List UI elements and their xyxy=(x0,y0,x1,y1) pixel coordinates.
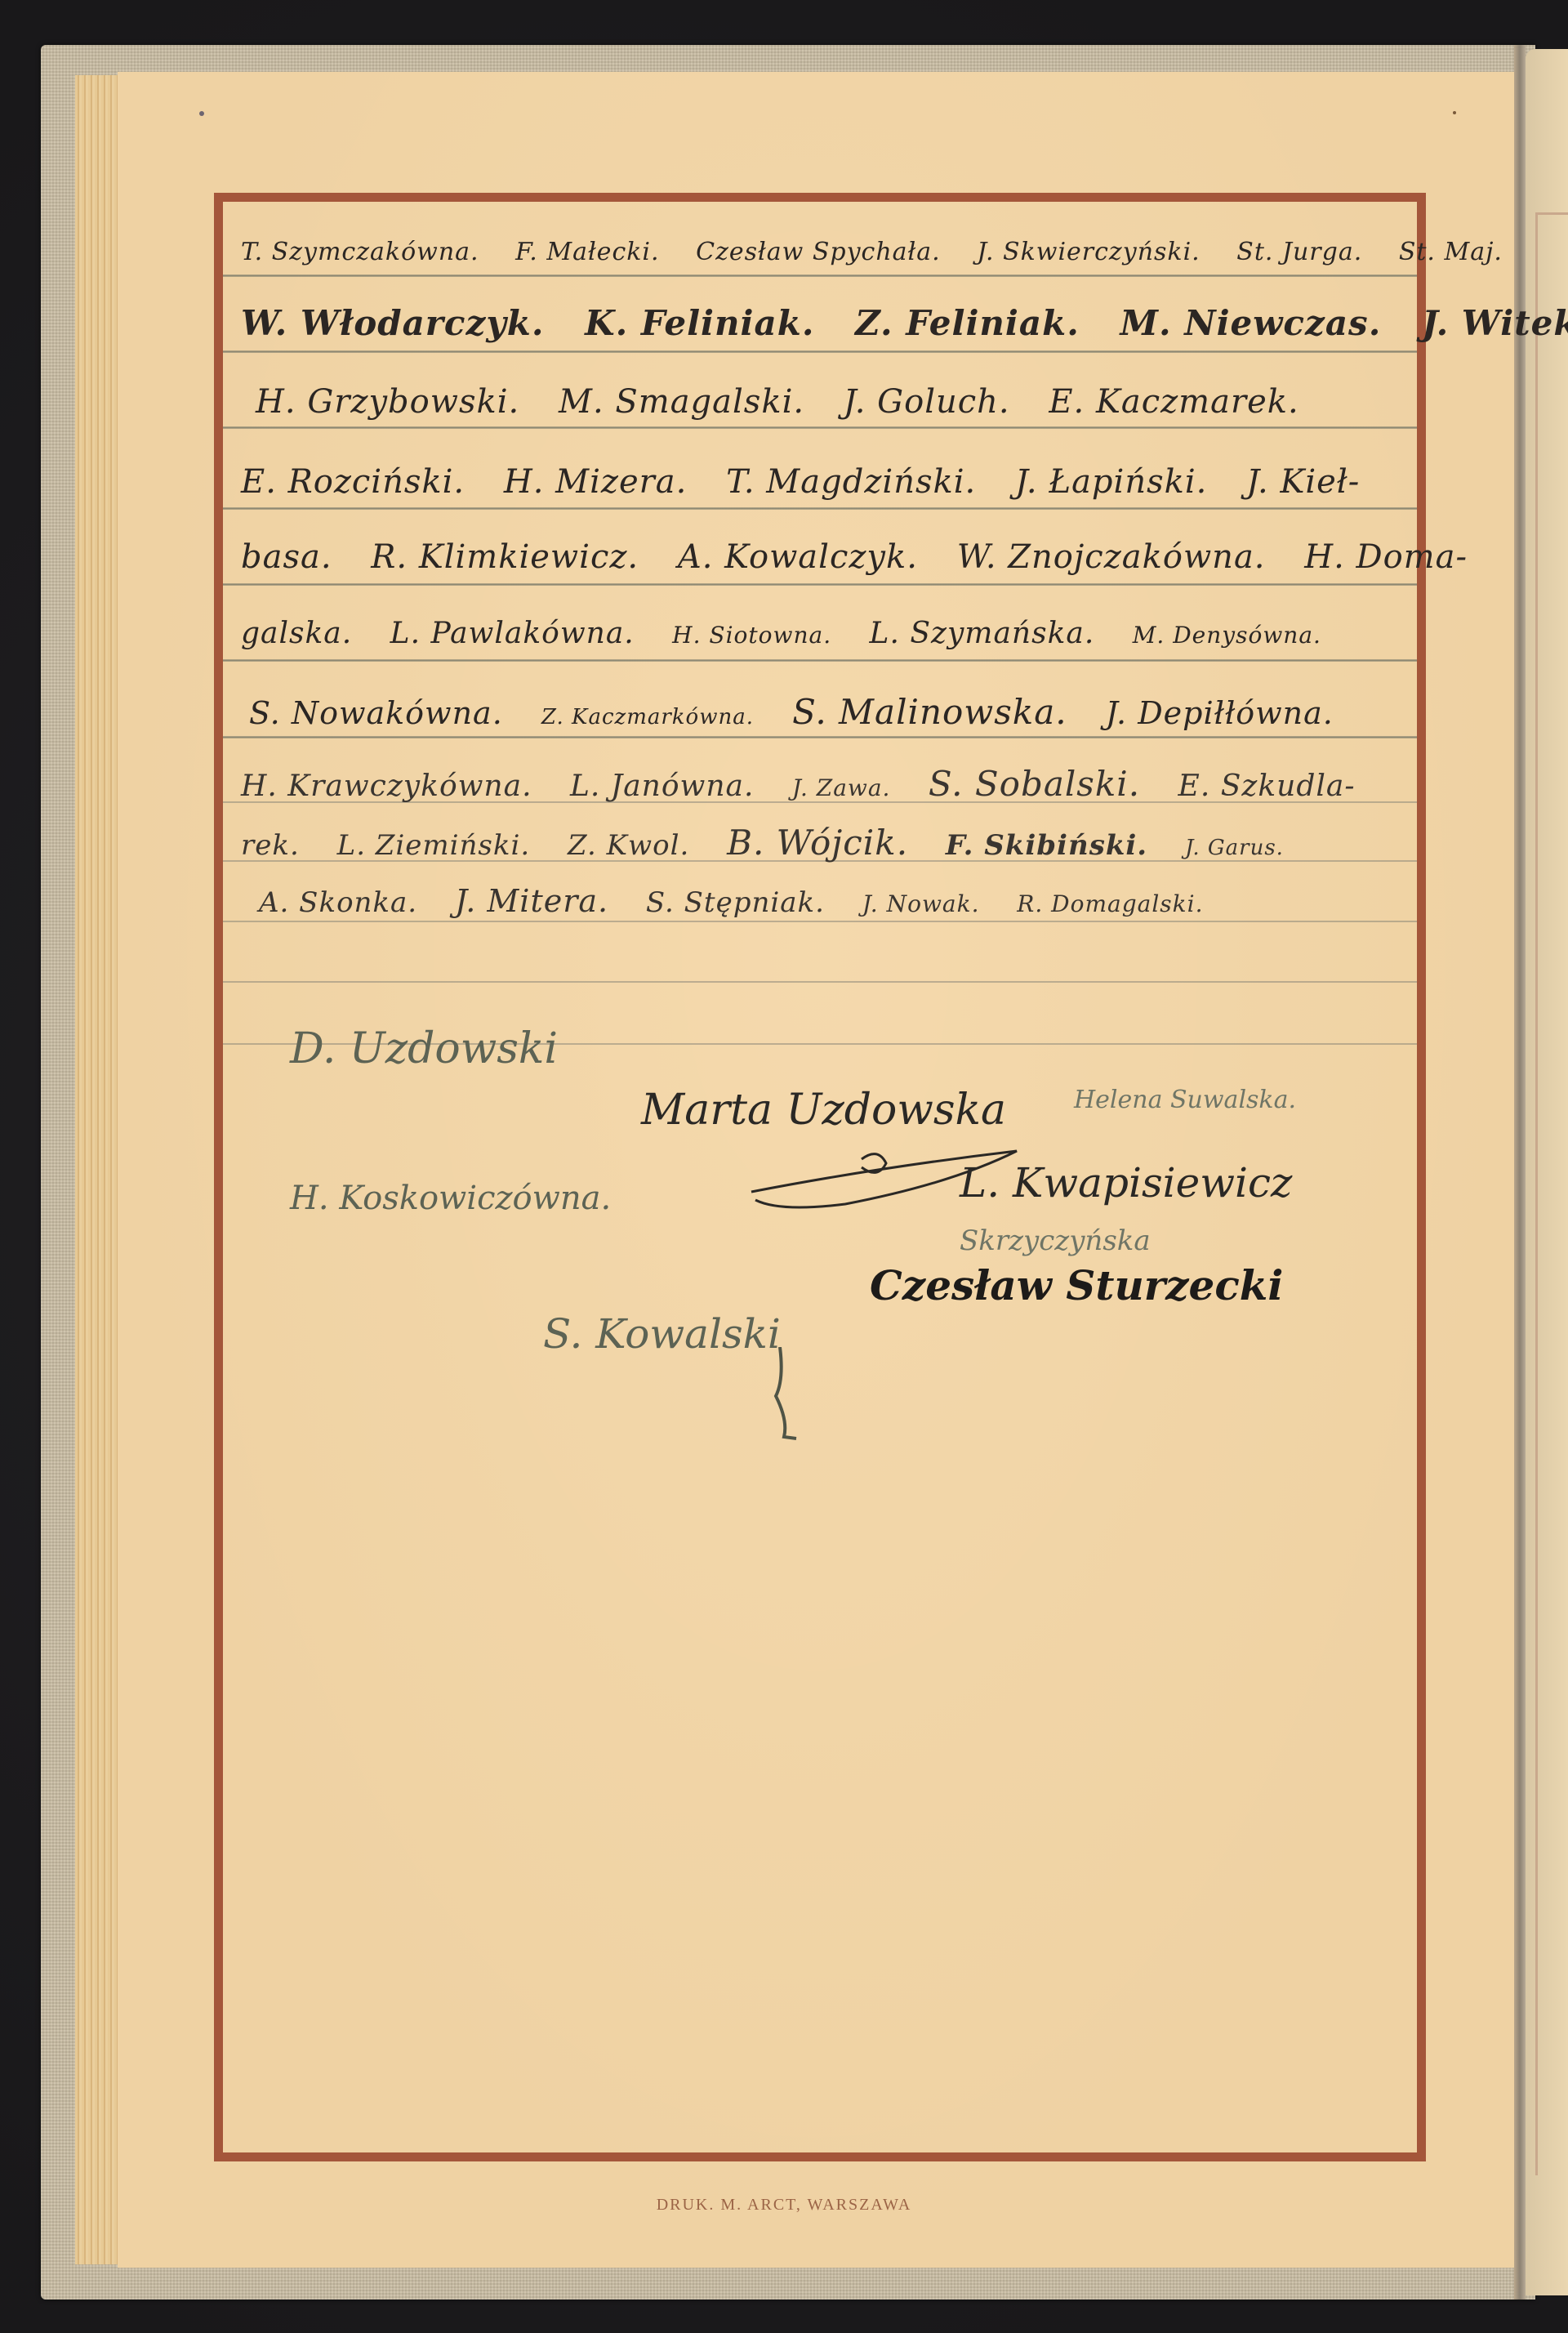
signature: Helena Suwalska. xyxy=(1074,1086,1296,1114)
name-entry: Z. Kaczmarkówna. xyxy=(541,705,754,729)
name-entry: M. Niewczas. xyxy=(1120,303,1381,343)
name-entry: J. Depiłłówna. xyxy=(1106,695,1334,731)
name-entry: J. Skwierczyński. xyxy=(977,238,1200,266)
signature: H. Koskowiczówna. xyxy=(290,1180,611,1217)
name-entry: J. Witek. xyxy=(1422,303,1568,343)
name-entry: J. Garus. xyxy=(1185,836,1284,860)
ruled-line xyxy=(223,274,1417,277)
name-entry: E. Kaczmarek. xyxy=(1049,383,1298,421)
next-page-frame-sliver xyxy=(1535,212,1568,2175)
ink-speck xyxy=(199,111,204,116)
ink-speck xyxy=(1453,111,1456,114)
name-entry: S. Stępniak. xyxy=(646,886,825,919)
name-entry: J. Łapiński. xyxy=(1015,463,1207,501)
name-entry: E. Rozciński. xyxy=(241,463,465,501)
signature: S. Kowalski xyxy=(543,1310,781,1358)
page-block-edges xyxy=(75,75,118,2264)
name-entry: L. Szymańska. xyxy=(870,617,1095,650)
book-scan: T. Szymczakówna. F. Małecki. Czesław Spy… xyxy=(0,0,1568,2333)
name-entry: Z. Kwol. xyxy=(568,829,689,862)
name-entry: S. Sobalski. xyxy=(929,764,1140,804)
signature: Czesław Sturzecki xyxy=(870,1261,1283,1309)
entry-line-5: basa. R. Klimkiewicz. A. Kowalczyk. W. Z… xyxy=(241,538,1399,576)
printer-imprint: DRUK. M. ARCT, WARSZAWA xyxy=(0,2196,1568,2215)
ruled-line xyxy=(223,507,1417,510)
entry-line-10: A. Skonka. J. Mitera. S. Stępniak. J. No… xyxy=(259,883,1399,919)
name-entry: H. Krawczykówna. xyxy=(241,769,532,803)
name-entry: J. Mitera. xyxy=(455,883,608,919)
entry-line-1: T. Szymczakówna. F. Małecki. Czesław Spy… xyxy=(241,238,1399,266)
name-entry: E. Szkudla- xyxy=(1178,769,1356,803)
next-page-edge xyxy=(1526,49,1568,2295)
name-entry: H. Mizera. xyxy=(504,463,688,501)
entry-line-4: E. Rozciński. H. Mizera. T. Magdziński. … xyxy=(241,463,1399,501)
signature: Marta Uzdowska xyxy=(641,1086,1006,1135)
signature: D. Uzdowski xyxy=(290,1024,558,1073)
ruled-line xyxy=(223,736,1417,738)
ruled-line xyxy=(223,426,1417,429)
name-entry: St. Maj. xyxy=(1399,238,1503,266)
name-entry: K. Feliniak. xyxy=(585,303,814,343)
name-entry: H. Doma- xyxy=(1304,538,1468,576)
entry-line-7: S. Nowakówna. Z. Kaczmarkówna. S. Malino… xyxy=(249,692,1399,732)
name-entry: J. Zawa. xyxy=(792,774,891,801)
frame-content: T. Szymczakówna. F. Małecki. Czesław Spy… xyxy=(241,220,1399,2134)
name-entry: T. Szymczakówna. xyxy=(241,238,479,266)
name-entry: J. Kieł- xyxy=(1246,463,1360,501)
name-entry: R. Domagalski. xyxy=(1017,890,1203,917)
name-entry: M. Denysówna. xyxy=(1133,622,1321,649)
name-entry: L. Pawlakówna. xyxy=(390,617,635,650)
entry-line-9: rek. L. Ziemiński. Z. Kwol. B. Wójcik. F… xyxy=(241,823,1399,863)
entry-line-2: W. Włodarczyk. K. Feliniak. Z. Feliniak.… xyxy=(241,303,1399,343)
name-entry: L. Ziemiński. xyxy=(337,829,531,862)
name-entry: J. Nowak. xyxy=(862,890,980,917)
name-entry: L. Janówna. xyxy=(570,769,754,803)
entry-line-6: galska. L. Pawlakówna. H. Siotowna. L. S… xyxy=(241,617,1399,650)
entry-line-8: H. Krawczykówna. L. Janówna. J. Zawa. S.… xyxy=(241,764,1399,804)
signature-flourish xyxy=(764,1347,813,1445)
name-entry: Z. Feliniak. xyxy=(855,303,1080,343)
name-entry: St. Jurga. xyxy=(1236,238,1362,266)
name-entry: R. Klimkiewicz. xyxy=(371,538,639,576)
name-entry: T. Magdziński. xyxy=(726,463,976,501)
name-entry: W. Znojczakówna. xyxy=(957,538,1266,576)
name-entry: F. Skibiński. xyxy=(946,829,1147,862)
ruled-line-thin xyxy=(223,921,1417,922)
name-entry: S. Malinowska. xyxy=(792,692,1067,732)
name-entry: Czesław Spychała. xyxy=(696,238,941,266)
name-entry: J. Goluch. xyxy=(844,383,1010,421)
printed-frame: T. Szymczakówna. F. Małecki. Czesław Spy… xyxy=(214,193,1426,2161)
ruled-line xyxy=(223,350,1417,353)
name-entry: W. Włodarczyk. xyxy=(241,303,544,343)
name-entry: rek. xyxy=(241,829,300,862)
entry-line-3: H. Grzybowski. M. Smagalski. J. Goluch. … xyxy=(256,383,1399,421)
signature: Skrzyczyńska xyxy=(960,1224,1151,1257)
ruled-line xyxy=(223,659,1417,662)
name-entry: basa. xyxy=(241,538,332,576)
name-entry: H. Siotowna. xyxy=(672,622,831,649)
name-entry: H. Grzybowski. xyxy=(256,383,519,421)
name-entry: F. Małecki. xyxy=(515,238,659,266)
name-entry: A. Kowalczyk. xyxy=(678,538,918,576)
name-entry: A. Skonka. xyxy=(259,886,417,919)
ruled-line xyxy=(223,583,1417,586)
name-entry: B. Wójcik. xyxy=(727,823,908,863)
signature: L. Kwapisiewicz xyxy=(960,1159,1292,1207)
ruled-line-thin xyxy=(223,981,1417,983)
name-entry: galska. xyxy=(241,617,352,650)
name-entry: M. Smagalski. xyxy=(559,383,804,421)
name-entry: S. Nowakówna. xyxy=(249,695,503,731)
book-gutter xyxy=(1514,45,1526,2300)
